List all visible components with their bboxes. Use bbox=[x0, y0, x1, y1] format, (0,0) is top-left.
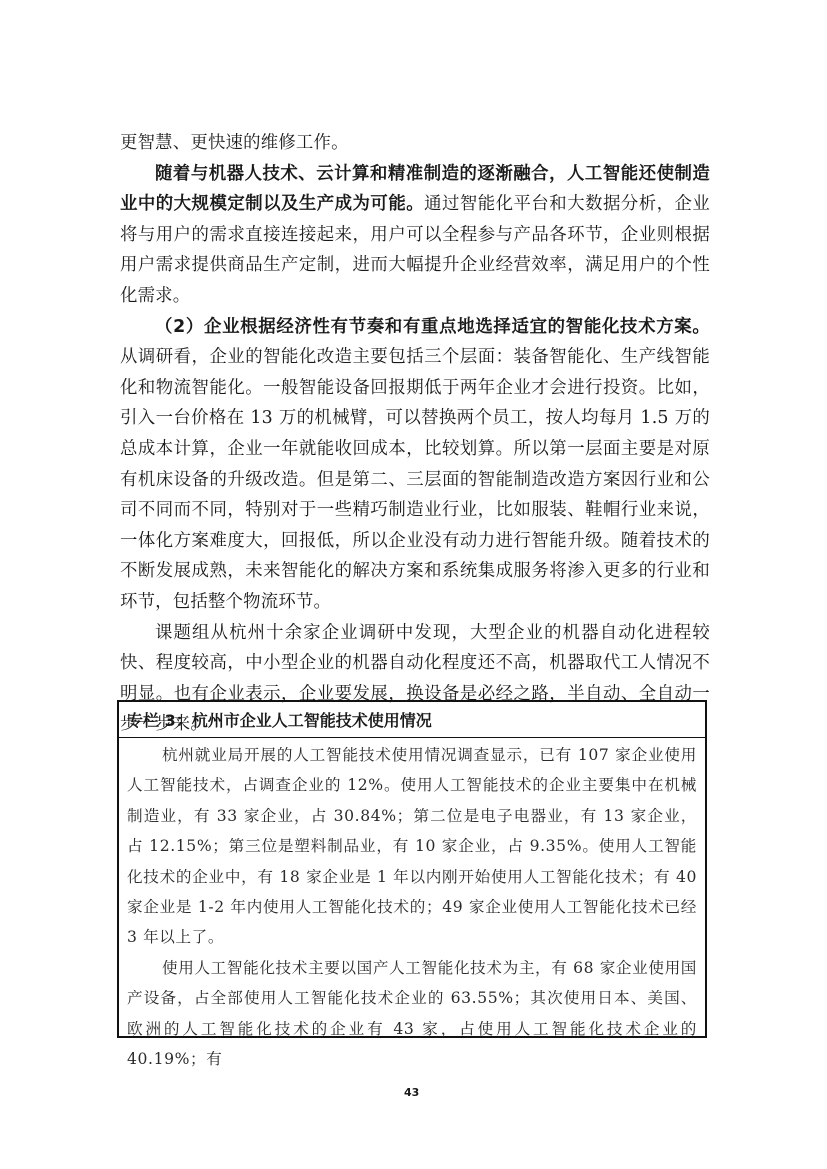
sidebar-box: 专栏 3：杭州市企业人工智能技术使用情况 杭州就业局开展的人工智能技术使用情况调… bbox=[117, 700, 707, 1038]
box-paragraph: 使用人工智能化技术主要以国产人工智能化技术为主，有 68 家企业使用国产设备，占… bbox=[127, 953, 697, 1075]
paragraph-text: 更智慧、更快速的维修工作。 bbox=[120, 133, 349, 153]
paragraph-text: 从调研看，企业的智能化改造主要包括三个层面：装备智能化、生产线智能化和物流智能化… bbox=[120, 347, 710, 612]
box-body: 杭州就业局开展的人工智能技术使用情况调查显示，已有 107 家企业使用人工智能技… bbox=[119, 738, 705, 1074]
paragraph-2: 随着与机器人技术、云计算和精准制造的逐渐融合，人工智能还使制造业中的大规模定制以… bbox=[120, 159, 710, 312]
page-number: 43 bbox=[404, 1086, 419, 1099]
box-title: 专栏 3：杭州市企业人工智能技术使用情况 bbox=[119, 702, 705, 738]
paragraph-3: （2）企业根据经济性有节奏和有重点地选择适宜的智能化技术方案。从调研看，企业的智… bbox=[120, 312, 710, 618]
body-text: 更智慧、更快速的维修工作。 随着与机器人技术、云计算和精准制造的逐渐融合，人工智… bbox=[120, 128, 710, 740]
paragraph-lead: （2）企业根据经济性有节奏和有重点地选择适宜的智能化技术方案。 bbox=[155, 317, 710, 337]
paragraph-1: 更智慧、更快速的维修工作。 bbox=[120, 128, 710, 159]
document-page: 更智慧、更快速的维修工作。 随着与机器人技术、云计算和精准制造的逐渐融合，人工智… bbox=[0, 0, 827, 1169]
box-paragraph: 杭州就业局开展的人工智能技术使用情况调查显示，已有 107 家企业使用人工智能技… bbox=[127, 740, 697, 953]
